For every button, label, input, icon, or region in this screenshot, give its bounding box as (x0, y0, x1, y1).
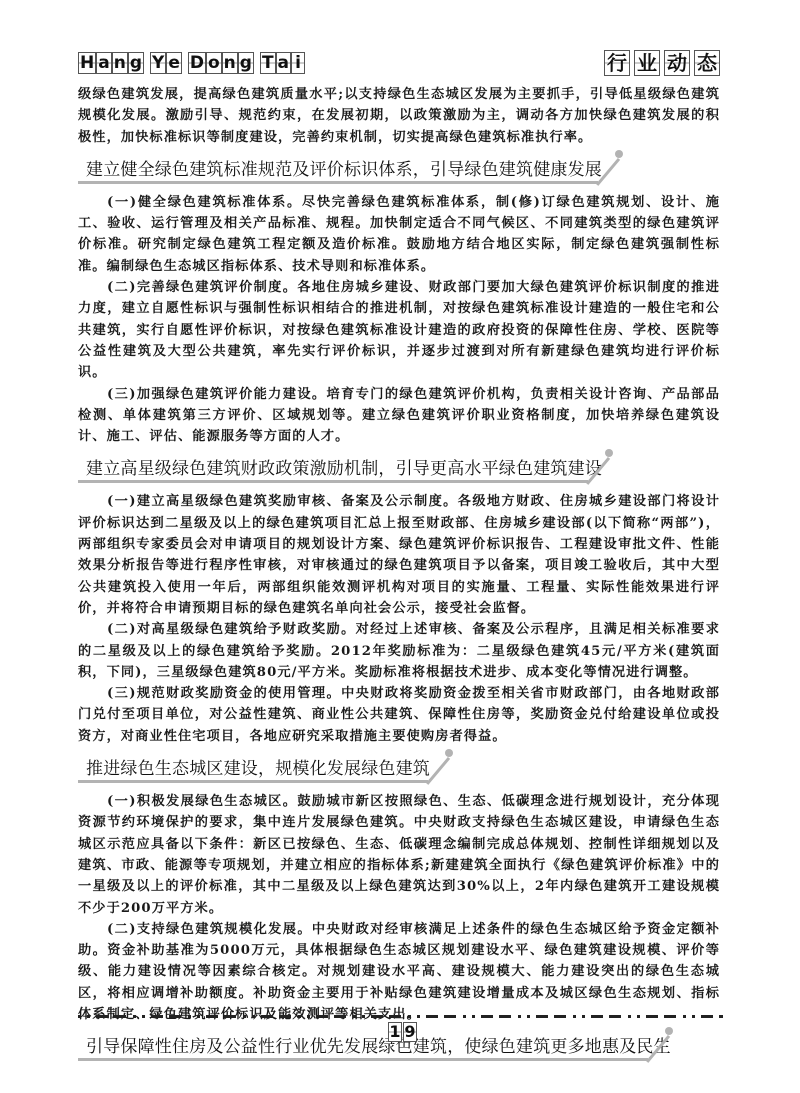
header-letter-box: g (238, 52, 254, 74)
header-letter-box: n (112, 52, 128, 74)
section-heading-text: 推进绿色生态城区建设，规模化发展绿色建筑 (86, 754, 430, 779)
header-char-box: 业 (634, 50, 660, 76)
header-word: Ye (150, 52, 182, 74)
heading-dot-decoration (445, 749, 453, 757)
paragraph: (一)建立高星级绿色建筑奖励审核、备案及公示制度。各级地方财政、住房城乡建设部门… (78, 491, 720, 619)
header-letter-box: D (188, 52, 206, 74)
heading-dot-decoration (665, 1027, 673, 1035)
header-letter-box: g (128, 52, 144, 74)
header-letter-box: i (291, 52, 305, 74)
paragraph: (三)加强绿色建筑评价能力建设。培育专门的绿色建筑评价机构，负责相关设计咨询、产… (78, 384, 720, 448)
paragraph: (三)规范财政奖励资金的使用管理。中央财政将奖励资金拨至相关省市财政部门，由各地… (78, 683, 720, 747)
heading-underline (78, 1058, 648, 1061)
article-body: 级绿色建筑发展，提高绿色建筑质量水平;以支持绿色生态城区发展为主要抓手，引导低星… (78, 84, 720, 1069)
section-heading: 推进绿色生态城区建设，规模化发展绿色建筑 (78, 751, 720, 785)
header-letter-box: T (260, 52, 276, 74)
section-heading: 建立健全绿色建筑标准规范及评价标识体系，引导绿色建筑健康发展 (78, 152, 720, 186)
heading-dot-decoration (615, 150, 623, 158)
paragraph: (二)完善绿色建筑评价制度。各地住房城乡建设、财政部门要加大绿色建筑评价标识制度… (78, 277, 720, 383)
paragraph: (二)对高星级绿色建筑给予财政奖励。对经过上述审核、备案及公示程序，且满足相关标… (78, 619, 720, 683)
header-char-box: 行 (604, 50, 630, 76)
paragraph: (二)支持绿色建筑规模化发展。中央财政对经审核满足上述条件的绿色生态城区给予资金… (78, 919, 720, 1025)
page-header: HangYeDongTai 行业动态 (78, 52, 720, 78)
header-char-box: 态 (694, 50, 720, 76)
section-heading-text: 引导保障性住房及公益性行业优先发展绿色建筑，使绿色建筑更多地惠及民生 (86, 1032, 671, 1057)
section-heading-text: 建立健全绿色建筑标准规范及评价标识体系，引导绿色建筑健康发展 (86, 155, 602, 180)
heading-underline (78, 780, 428, 783)
header-word: Tai (260, 52, 305, 74)
header-letter-box: H (78, 52, 96, 74)
section-heading: 建立高星级绿色建筑财政政策激励机制，引导更高水平绿色建筑建设 (78, 451, 720, 485)
footer-dashed-rule (78, 1015, 723, 1018)
heading-underline (78, 480, 588, 483)
paragraph: (一)积极发展绿色生态城区。鼓励城市新区按照绿色、生态、低碳理念进行规划设计，充… (78, 791, 720, 919)
heading-underline (78, 181, 598, 184)
paragraph: (一)健全绿色建筑标准体系。尽快完善绿色建筑标准体系，制(修)订绿色建筑规划、设… (78, 192, 720, 277)
header-letter-box: o (206, 52, 222, 74)
header-letter-box: e (166, 52, 182, 74)
header-letter-box: n (222, 52, 238, 74)
intro-paragraph: 级绿色建筑发展，提高绿色建筑质量水平;以支持绿色生态城区发展为主要抓手，引导低星… (78, 84, 720, 148)
page-number-digit: 1 (388, 1022, 402, 1042)
header-char-box: 动 (664, 50, 690, 76)
page-number-digit: 9 (403, 1022, 417, 1042)
header-word: Dong (188, 52, 254, 74)
heading-dot-decoration (605, 449, 613, 457)
header-word: Hang (78, 52, 144, 74)
header-chinese-title: 行业动态 (604, 50, 720, 76)
header-english-title: HangYeDongTai (78, 52, 305, 74)
page-number: 19 (388, 1022, 417, 1042)
header-letter-box: Y (150, 52, 166, 74)
header-letter-box: a (276, 52, 291, 74)
header-letter-box: a (96, 52, 111, 74)
section-heading-text: 建立高星级绿色建筑财政政策激励机制，引导更高水平绿色建筑建设 (86, 454, 602, 479)
